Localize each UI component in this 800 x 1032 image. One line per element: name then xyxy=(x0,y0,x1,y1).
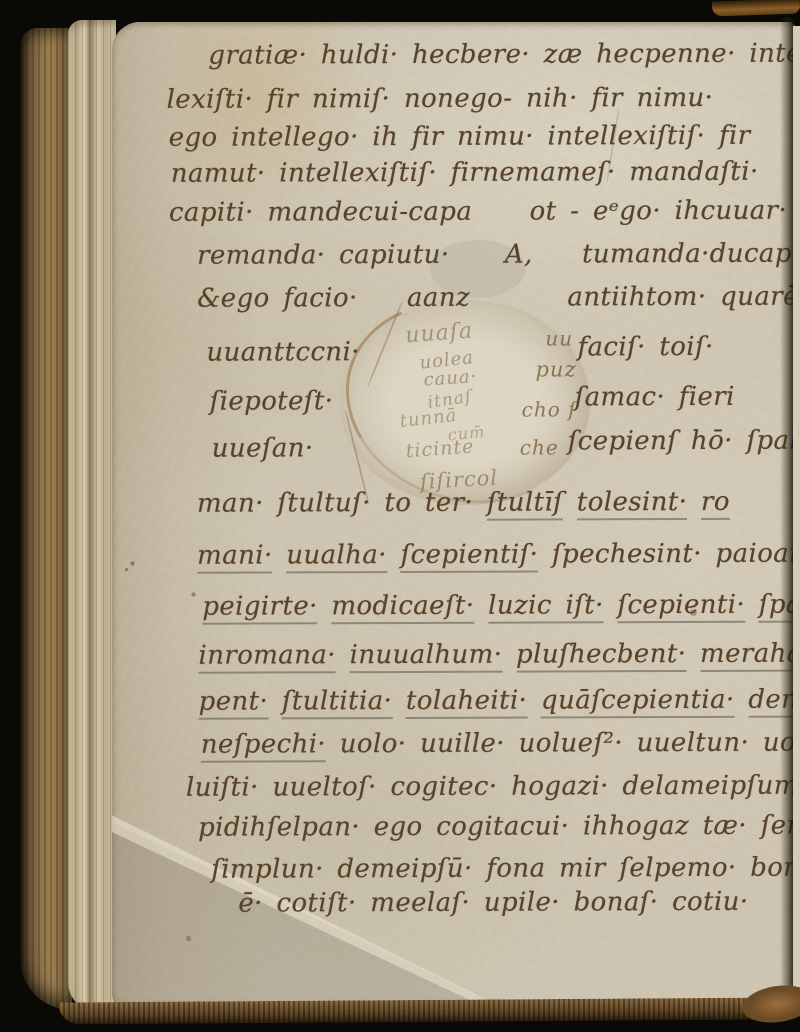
text-line: peigirte· modicaeſt· luzic iſt· ſcepient… xyxy=(202,589,800,624)
text-segment: man· ſtultuſ· to ter· xyxy=(197,488,473,519)
underlined-gloss: pluſhecbent· xyxy=(516,639,686,673)
underlined-gloss: pent· xyxy=(199,686,269,719)
text-line: pent· ſtultitia· tolaheiti· quāſcepienti… xyxy=(199,685,799,720)
text-segment: namut· intellexiſtiſ· firnemameſ· mandaſ… xyxy=(171,157,759,189)
text-segment: ſpechesint· paioari xyxy=(552,539,800,570)
underlined-gloss: mani· xyxy=(197,540,273,573)
text-line: ego intellego· ih fir nimu· intellexiſti… xyxy=(169,121,751,153)
text-line: lexiſti· fir nimiſ· nonego- nih· fir nim… xyxy=(166,83,713,115)
text-line: mani· uualha· ſcepientiſ· ſpechesint· pa… xyxy=(197,539,800,574)
underlined-gloss: tolesint· xyxy=(577,487,688,520)
text-line: neſpechi· uolo· uuille· uolueſ²· uueltun… xyxy=(201,728,796,763)
text-segment: ſiepoteſt· xyxy=(210,386,334,416)
text-segment: antiihtom· quarēn xyxy=(567,282,800,313)
text-segment: gratiæ· huldi· hecbere· zæ hecpenne· int… xyxy=(208,39,800,71)
text-line: ſiepoteſt· xyxy=(210,386,334,416)
underlined-gloss: ſcepientiſ· xyxy=(401,540,539,573)
text-line: faciſ· toiſ· xyxy=(577,332,713,362)
underlined-gloss: ſtultīſ xyxy=(487,487,563,520)
underlined-gloss: uualha· xyxy=(286,540,387,573)
underlined-gloss: tolaheiti· xyxy=(406,686,528,719)
underlined-gloss: luzic iſt· xyxy=(488,590,604,623)
text-segment: ot - eᵉgo· ihcuuar· xyxy=(529,196,787,227)
text-line: namut· intellexiſtiſ· firnemameſ· mandaſ… xyxy=(171,157,759,189)
text-line: inromana· inuualhum· pluſhecbent· meraha xyxy=(198,639,800,674)
text-line: ſimplun· demeipſū· fona mir ſelpemo· bon… xyxy=(211,853,800,885)
text-line: ſcepienſ hō· ſpaher xyxy=(568,425,800,456)
text-segment: ē· cotiſt· meelaſ· upile· bonaſ· cotiu· xyxy=(238,887,748,919)
text-segment: &ego facio· xyxy=(197,283,358,314)
text-segment: ſamac· fieri xyxy=(575,382,735,413)
text-line: pidihſelpan· ego cogitacui· ihhogaz tæ· … xyxy=(198,811,800,843)
text-segment: uueſan· xyxy=(212,433,314,463)
underlined-gloss: ſcepienti· xyxy=(617,590,745,623)
text-segment: uolo· uuille· uolueſ²· uueltun· uo xyxy=(340,728,796,760)
text-layer: gratiæ· huldi· hecbere· zæ hecpenne· int… xyxy=(0,0,800,1032)
text-segment: luiſti· uueltoſ· cogitec· hogazi· delame… xyxy=(186,771,800,803)
underlined-gloss: modicaeſt· xyxy=(331,591,474,624)
underlined-gloss: quāſcepientia· xyxy=(541,685,735,719)
text-line: luiſti· uueltoſ· cogitec· hogazi· delame… xyxy=(186,771,800,803)
underlined-gloss: neſpechi· xyxy=(201,729,326,762)
text-line: &ego facio· aanz antiihtom· quarēn xyxy=(197,282,800,314)
underlined-gloss: peigirte· xyxy=(202,591,318,624)
text-line: ſamac· fieri xyxy=(575,382,735,413)
text-segment: capiti· mandecui-capa xyxy=(169,197,472,228)
text-segment: ego intellego· ih fir nimu· intellexiſti… xyxy=(169,121,751,153)
text-segment: uuanttccni· xyxy=(206,337,360,368)
text-line: man· ſtultuſ· to ter· ſtultīſ tolesint· … xyxy=(197,487,730,522)
text-segment: tumanda·ducapiut· xyxy=(582,238,800,269)
text-line: uuanttccni· xyxy=(206,337,360,368)
text-line: capiti· mandecui-capa ot - eᵉgo· ihcuuar… xyxy=(169,196,787,228)
facing-page-sliver xyxy=(793,26,800,1014)
manuscript-photo: uuaſauuuoleacaua·puzitnaſtunnācho ſcum̄t… xyxy=(0,0,800,1032)
text-line: ē· cotiſt· meelaſ· upile· bonaſ· cotiu· xyxy=(238,887,748,919)
underlined-gloss: inromana· xyxy=(198,640,336,673)
text-line: uueſan· xyxy=(212,433,314,463)
gutter-shadow xyxy=(780,18,794,1014)
underlined-gloss: inuualhum· xyxy=(350,640,503,674)
text-segment: remanda· capiutu· xyxy=(197,240,450,271)
text-segment: ſimplun· demeipſū· fona mir ſelpemo· bon… xyxy=(211,853,800,885)
text-segment: A, xyxy=(505,240,533,270)
text-segment: ſcepienſ hō· ſpaher xyxy=(568,425,800,456)
text-line: gratiæ· huldi· hecbere· zæ hecpenne· int… xyxy=(208,39,800,71)
text-segment: lexiſti· fir nimiſ· nonego- nih· fir nim… xyxy=(166,83,713,115)
text-segment: aanz xyxy=(407,283,470,313)
text-segment: pidihſelpan· ego cogitacui· ihhogaz tæ· … xyxy=(198,811,800,843)
underlined-gloss: ſtultitia· xyxy=(282,686,393,719)
text-segment: faciſ· toiſ· xyxy=(577,332,713,362)
underlined-gloss: ro xyxy=(701,487,730,520)
text-line: remanda· capiutu· A, tumanda·ducapiut· xyxy=(197,238,800,270)
